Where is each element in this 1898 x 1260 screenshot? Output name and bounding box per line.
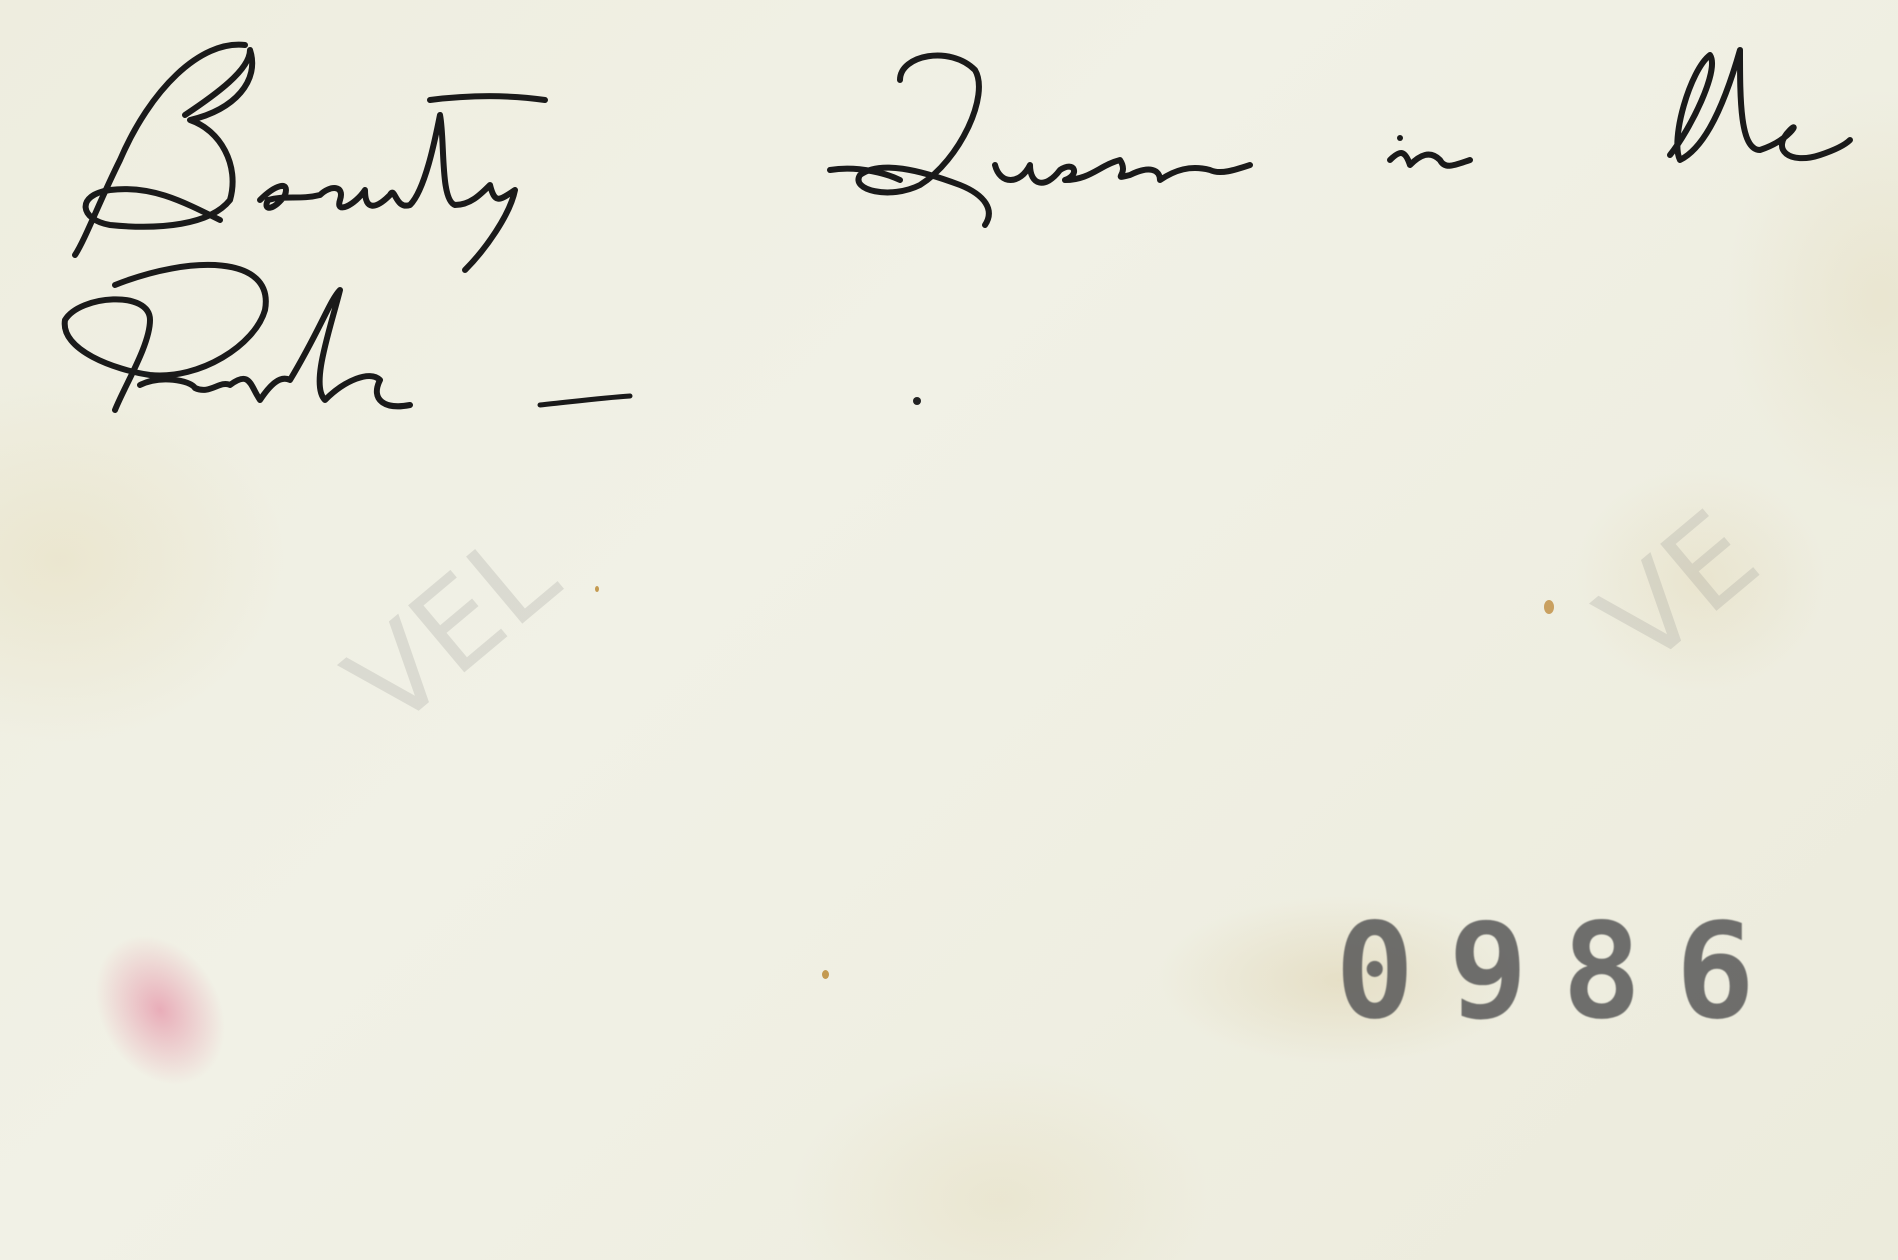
handwritten-caption (0, 0, 1898, 1260)
stamped-number: 0986 (1335, 895, 1789, 1049)
